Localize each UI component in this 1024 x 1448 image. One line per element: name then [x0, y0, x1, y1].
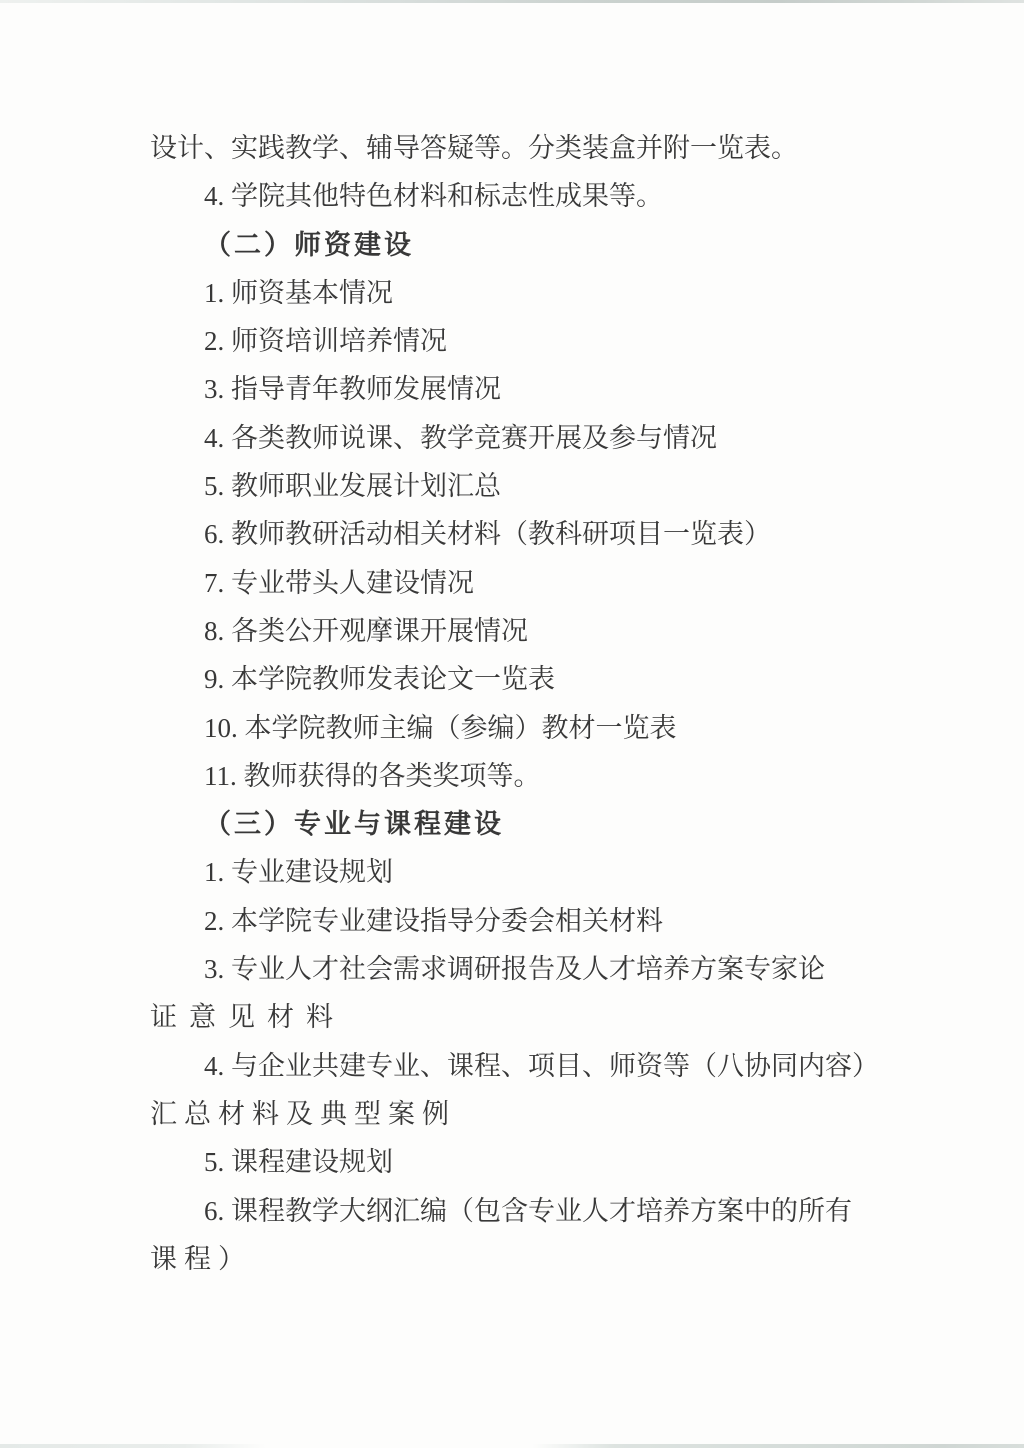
document-text-block: 设计、实践教学、辅导答疑等。分类装盒并附一览表。 4. 学院其他特色材料和标志性…	[150, 124, 910, 1283]
text-line: 课程）	[150, 1235, 910, 1283]
text-line: 1. 师资基本情况	[150, 269, 910, 317]
text-line: 4. 学院其他特色材料和标志性成果等。	[150, 172, 910, 220]
text-line: 9. 本学院教师发表论文一览表	[150, 655, 910, 703]
text-line: 5. 教师职业发展计划汇总	[150, 462, 910, 510]
text-line: 3. 指导青年教师发展情况	[150, 365, 910, 413]
text-line: 6. 教师教研活动相关材料（教科研项目一览表）	[150, 510, 910, 558]
text-line: 设计、实践教学、辅导答疑等。分类装盒并附一览表。	[150, 124, 910, 172]
text-line: 5. 课程建设规划	[150, 1138, 910, 1186]
text-line: 11. 教师获得的各类奖项等。	[150, 752, 910, 800]
scanned-document-page: 设计、实践教学、辅导答疑等。分类装盒并附一览表。 4. 学院其他特色材料和标志性…	[0, 0, 1024, 1448]
text-line: 4. 各类教师说课、教学竞赛开展及参与情况	[150, 414, 910, 462]
text-line: 4. 与企业共建专业、课程、项目、师资等（八协同内容）	[150, 1042, 910, 1090]
text-line: 证意见材料	[150, 993, 910, 1041]
text-line: 汇总材料及典型案例	[150, 1090, 910, 1138]
text-line: 2. 本学院专业建设指导分委会相关材料	[150, 897, 910, 945]
section-heading: （二）师资建设	[150, 221, 910, 269]
text-line: 8. 各类公开观摩课开展情况	[150, 607, 910, 655]
text-line: 2. 师资培训培养情况	[150, 317, 910, 365]
text-line: 10. 本学院教师主编（参编）教材一览表	[150, 704, 910, 752]
scan-artifact-bottom-edge	[0, 1444, 1024, 1448]
text-line: 3. 专业人才社会需求调研报告及人才培养方案专家论	[150, 945, 910, 993]
scan-artifact-top-edge	[0, 0, 1024, 3]
section-heading: （三）专业与课程建设	[150, 800, 910, 848]
text-line: 1. 专业建设规划	[150, 848, 910, 896]
text-line: 6. 课程教学大纲汇编（包含专业人才培养方案中的所有	[150, 1187, 910, 1235]
text-line: 7. 专业带头人建设情况	[150, 559, 910, 607]
